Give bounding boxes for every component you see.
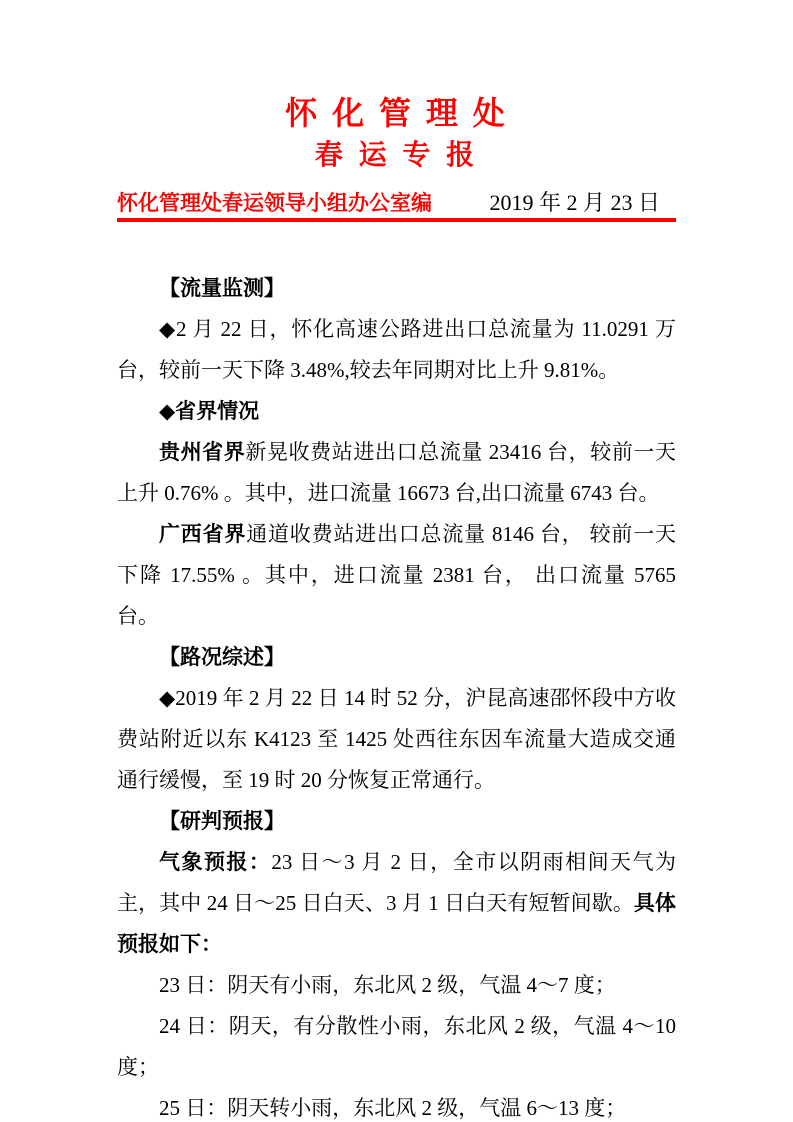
publication-row: 怀化管理处春运领导小组办公室编 2019 年 2 月 23 日 xyxy=(117,186,676,214)
paragraph-total-flow-text: ◆2 月 22 日，怀化高速公路进出口总流量为 11.0291 万台，较前一天下… xyxy=(117,317,676,382)
section-heading-forecast: 【研判预报】 xyxy=(117,801,676,842)
editor-credit: 怀化管理处春运领导小组办公室编 xyxy=(117,187,432,217)
forecast-line-day23-text: 23 日：阴天有小雨，东北风 2 级，气温 4～7 度； xyxy=(159,973,616,997)
weather-forecast-label: 气象预报： xyxy=(159,851,271,874)
red-divider-rule xyxy=(117,218,676,222)
guizhou-border-label: 贵州省界 xyxy=(159,441,245,464)
forecast-line-day25-text: 25 日：阴天转小雨，东北风 2 级，气温 6～13 度； xyxy=(159,1096,626,1120)
section-heading-flow-monitoring: 【流量监测】 xyxy=(117,268,676,309)
forecast-line-day24-text: 24 日：阴天，有分散性小雨，东北风 2 级，气温 4～10 度； xyxy=(117,1014,676,1079)
forecast-line-day24: 24 日：阴天，有分散性小雨，东北风 2 级，气温 4～10 度； xyxy=(117,1006,676,1088)
paragraph-weather-forecast: 气象预报：23 日～3 月 2 日，全市以阴雨相间天气为主，其中 24 日～25… xyxy=(117,842,676,965)
org-title: 怀 化 管 理 处 xyxy=(117,94,676,132)
report-title: 春 运 专 报 xyxy=(117,138,676,171)
masthead: 怀 化 管 理 处 春 运 专 报 怀化管理处春运领导小组办公室编 2019 年… xyxy=(117,0,676,222)
paragraph-road-incident-text: ◆2019 年 2 月 22 日 14 时 52 分，沪昆高速邵怀段中方收费站附… xyxy=(117,686,676,792)
document-page: 怀 化 管 理 处 春 运 专 报 怀化管理处春运领导小组办公室编 2019 年… xyxy=(0,0,793,1122)
forecast-line-day25: 25 日：阴天转小雨，东北风 2 级，气温 6～13 度； xyxy=(117,1088,676,1122)
paragraph-road-incident: ◆2019 年 2 月 22 日 14 时 52 分，沪昆高速邵怀段中方收费站附… xyxy=(117,678,676,801)
forecast-line-day23: 23 日：阴天有小雨，东北风 2 级，气温 4～7 度； xyxy=(117,965,676,1006)
section-heading-road-conditions: 【路况综述】 xyxy=(117,637,676,678)
guangxi-border-label: 广西省界 xyxy=(159,523,246,546)
publication-date: 2019 年 2 月 23 日 xyxy=(489,186,676,217)
paragraph-guangxi-border: 广西省界通道收费站进出口总流量 8146 台， 较前一天下降 17.55% 。其… xyxy=(117,514,676,637)
document-body: 【流量监测】 ◆2 月 22 日，怀化高速公路进出口总流量为 11.0291 万… xyxy=(117,268,676,1122)
paragraph-total-flow: ◆2 月 22 日，怀化高速公路进出口总流量为 11.0291 万台，较前一天下… xyxy=(117,309,676,391)
subheading-province-border: ◆省界情况 xyxy=(117,391,676,432)
paragraph-guizhou-border: 贵州省界新晃收费站进出口总流量 23416 台，较前一天上升 0.76% 。其中… xyxy=(117,432,676,514)
